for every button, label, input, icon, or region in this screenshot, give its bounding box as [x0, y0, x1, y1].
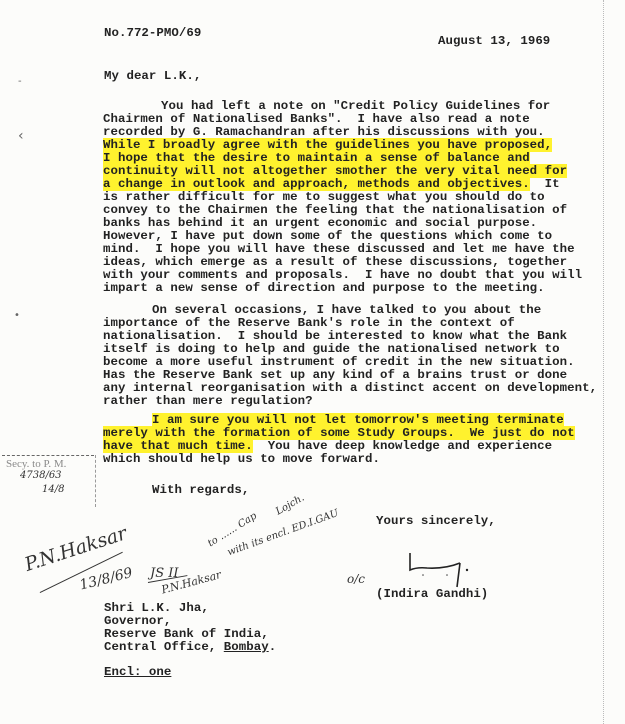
highlighted-text: I am sure you will not let tomorrow's me… [152, 413, 564, 427]
highlighted-text: continuity will not altogether smother t… [103, 164, 567, 178]
office-prefix: Central Office, [104, 640, 224, 654]
letter-date: August 13, 1969 [438, 35, 550, 48]
line-text: become a more useful instrument of credi… [103, 355, 575, 369]
addressee-office: Central Office, Bombay. [104, 641, 276, 654]
line-text: rather than mere regulation? [103, 394, 313, 408]
signature-mark [405, 545, 485, 590]
margin-curl-mark: ‹ [18, 128, 24, 144]
text-line: which should help us to move forward. [103, 453, 380, 466]
line-text: Has the Reserve Bank set up any kind of … [103, 368, 567, 382]
line-text: itself is doing to help and guide the na… [103, 342, 560, 356]
page-fold-line [603, 0, 604, 724]
closing-with-regards: With regards, [152, 484, 249, 497]
letter-page: No.772-PMO/69 August 13, 1969 My dear L.… [0, 0, 625, 724]
office-stamp: Secy. to P. M. 4738/63 14/8 [2, 455, 94, 484]
stamp-label: Secy. to P. M. [6, 458, 66, 470]
line-text: You had left a note on "Credit Policy Gu… [161, 99, 550, 113]
line-text: Chairmen of Nationalised Banks". I have … [103, 112, 530, 126]
line-text: banks has behind it an urgent economic a… [103, 216, 537, 230]
line-text: which should help us to move forward. [103, 452, 380, 466]
text-line: rather than mere regulation? [103, 395, 313, 408]
enclosure-note: Encl: one [104, 666, 171, 679]
line-text: is rather difficult for me to suggest wh… [103, 190, 545, 204]
sign-off: Yours sincerely, [376, 515, 496, 528]
salutation: My dear L.K., [104, 70, 201, 83]
line-text: ideas, which emerge as a result of these… [103, 255, 567, 269]
margin-note-top: Lojch. [274, 493, 306, 518]
margin-dot-mark: • [14, 310, 20, 321]
line-text: nationalisation. I should be interested … [103, 329, 567, 343]
line-text: any internal reorganisation with a disti… [103, 381, 597, 395]
line-text: recorded by G. Ramachandran after his di… [103, 125, 545, 139]
oc-mark: o/c [347, 572, 365, 586]
line-text: convey to the Chairmen the feeling that … [103, 203, 567, 217]
highlighted-text: While I broadly agree with the guideline… [103, 138, 552, 152]
line-text: mind. I hope you will have these discuss… [103, 242, 575, 256]
line-text: However, I have put down some of the que… [103, 229, 552, 243]
stamp-sub: 14/8 [42, 484, 64, 495]
line-text: with your comments and proposals. I have… [103, 268, 582, 282]
text-line: impart a new sense of direction and purp… [103, 282, 545, 295]
highlighted-text: I hope that the desire to maintain a sen… [103, 151, 530, 165]
line-text: importance of the Reserve Bank's role in… [103, 316, 515, 330]
reference-number: No.772-PMO/69 [104, 27, 201, 40]
highlighted-text: merely with the formation of some Study … [103, 426, 575, 440]
highlighted-text: a change in outlook and approach, method… [103, 177, 530, 191]
line-text: On several occasions, I have talked to y… [152, 303, 541, 317]
line-text: It [530, 177, 560, 191]
office-suffix: . [269, 640, 277, 654]
office-city: Bombay [224, 640, 269, 654]
handwritten-initials: P.N.Haksar [22, 522, 130, 576]
line-text: You have deep knowledge and experience [253, 439, 552, 453]
line-text: impart a new sense of direction and purp… [103, 281, 545, 295]
stamp-number: 4738/63 [20, 470, 62, 481]
stamp-edge-line [95, 455, 96, 507]
highlighted-text: have that much time. [103, 439, 253, 453]
margin-dash-mark: - [18, 76, 22, 87]
